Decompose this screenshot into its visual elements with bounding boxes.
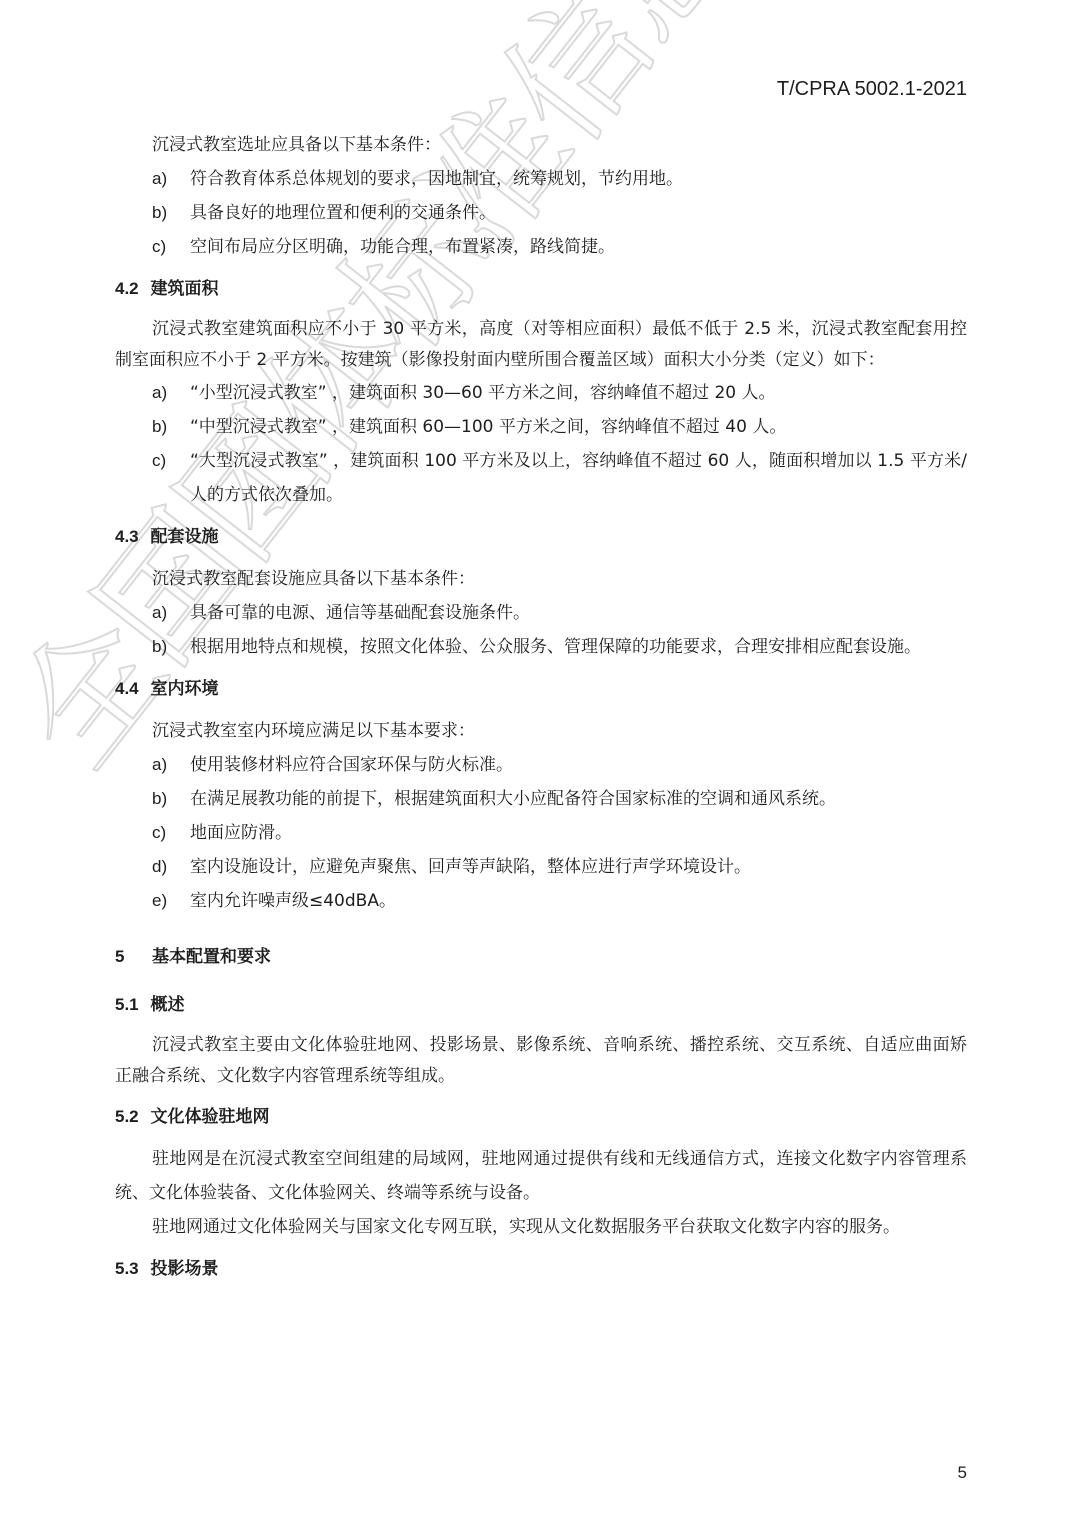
paragraph: 沉浸式教室主要由文化体验驻地网、投影场景、影像系统、音响系统、播控系统、交互系统… bbox=[115, 1030, 967, 1092]
document-page: 全国团体标准信息平台 T/CPRA 5002.1-2021 沉浸式教室选址应具备… bbox=[0, 0, 1080, 1528]
list-item: c)“大型沉浸式教室” ，建筑面积 100 平方米及以上，容纳峰值不超过 60 … bbox=[115, 444, 967, 512]
list-item: b)根据用地特点和规模，按照文化体验、公众服务、管理保障的功能要求，合理安排相应… bbox=[115, 630, 967, 664]
list-item: c)地面应防滑。 bbox=[115, 816, 967, 850]
list-item: b)“中型沉浸式教室” ，建筑面积 60—100 平方米之间，容纳峰值不超过 4… bbox=[115, 410, 967, 444]
paragraph: 沉浸式教室室内环境应满足以下基本要求： bbox=[115, 714, 967, 748]
list-item: a)具备可靠的电源、通信等基础配套设施条件。 bbox=[115, 596, 967, 630]
paragraph: 沉浸式教室配套设施应具备以下基本条件： bbox=[115, 562, 967, 596]
chapter-heading-5: 5基本配置和要求 bbox=[115, 940, 967, 974]
list-item: e)室内允许噪声级≤40dBA。 bbox=[115, 884, 967, 918]
section-heading-4-4: 4.4 室内环境 bbox=[115, 672, 967, 706]
list-item: c)空间布局应分区明确，功能合理，布置紧凑，路线简捷。 bbox=[115, 230, 967, 264]
paragraph: 驻地网通过文化体验网关与国家文化专网互联，实现从文化数据服务平台获取文化数字内容… bbox=[115, 1210, 967, 1244]
list-item: a)符合教育体系总体规划的要求，因地制宜，统筹规划，节约用地。 bbox=[115, 162, 967, 196]
page-number: 5 bbox=[958, 1463, 967, 1483]
section-heading-5-2: 5.2 文化体验驻地网 bbox=[115, 1100, 967, 1134]
paragraph: 沉浸式教室选址应具备以下基本条件： bbox=[115, 128, 967, 162]
standard-code: T/CPRA 5002.1-2021 bbox=[777, 78, 967, 101]
section-heading-4-2: 4.2 建筑面积 bbox=[115, 272, 967, 306]
section-heading-5-1: 5.1 概述 bbox=[115, 988, 967, 1022]
document-body: 沉浸式教室选址应具备以下基本条件： a)符合教育体系总体规划的要求，因地制宜，统… bbox=[115, 128, 967, 1286]
list-item: b)在满足展教功能的前提下，根据建筑面积大小应配备符合国家标准的空调和通风系统。 bbox=[115, 782, 967, 816]
paragraph: 沉浸式教室建筑面积应不小于 30 平方米，高度（对等相应面积）最低不低于 2.5… bbox=[115, 314, 967, 376]
section-heading-4-3: 4.3 配套设施 bbox=[115, 520, 967, 554]
list-item: a)使用装修材料应符合国家环保与防火标准。 bbox=[115, 748, 967, 782]
list-item: b)具备良好的地理位置和便利的交通条件。 bbox=[115, 196, 967, 230]
section-heading-5-3: 5.3 投影场景 bbox=[115, 1252, 967, 1286]
paragraph: 驻地网是在沉浸式教室空间组建的局域网，驻地网通过提供有线和无线通信方式，连接文化… bbox=[115, 1142, 967, 1210]
list-item: d)室内设施设计，应避免声聚焦、回声等声缺陷，整体应进行声学环境设计。 bbox=[115, 850, 967, 884]
list-item: a)“小型沉浸式教室” ，建筑面积 30—60 平方米之间，容纳峰值不超过 20… bbox=[115, 376, 967, 410]
